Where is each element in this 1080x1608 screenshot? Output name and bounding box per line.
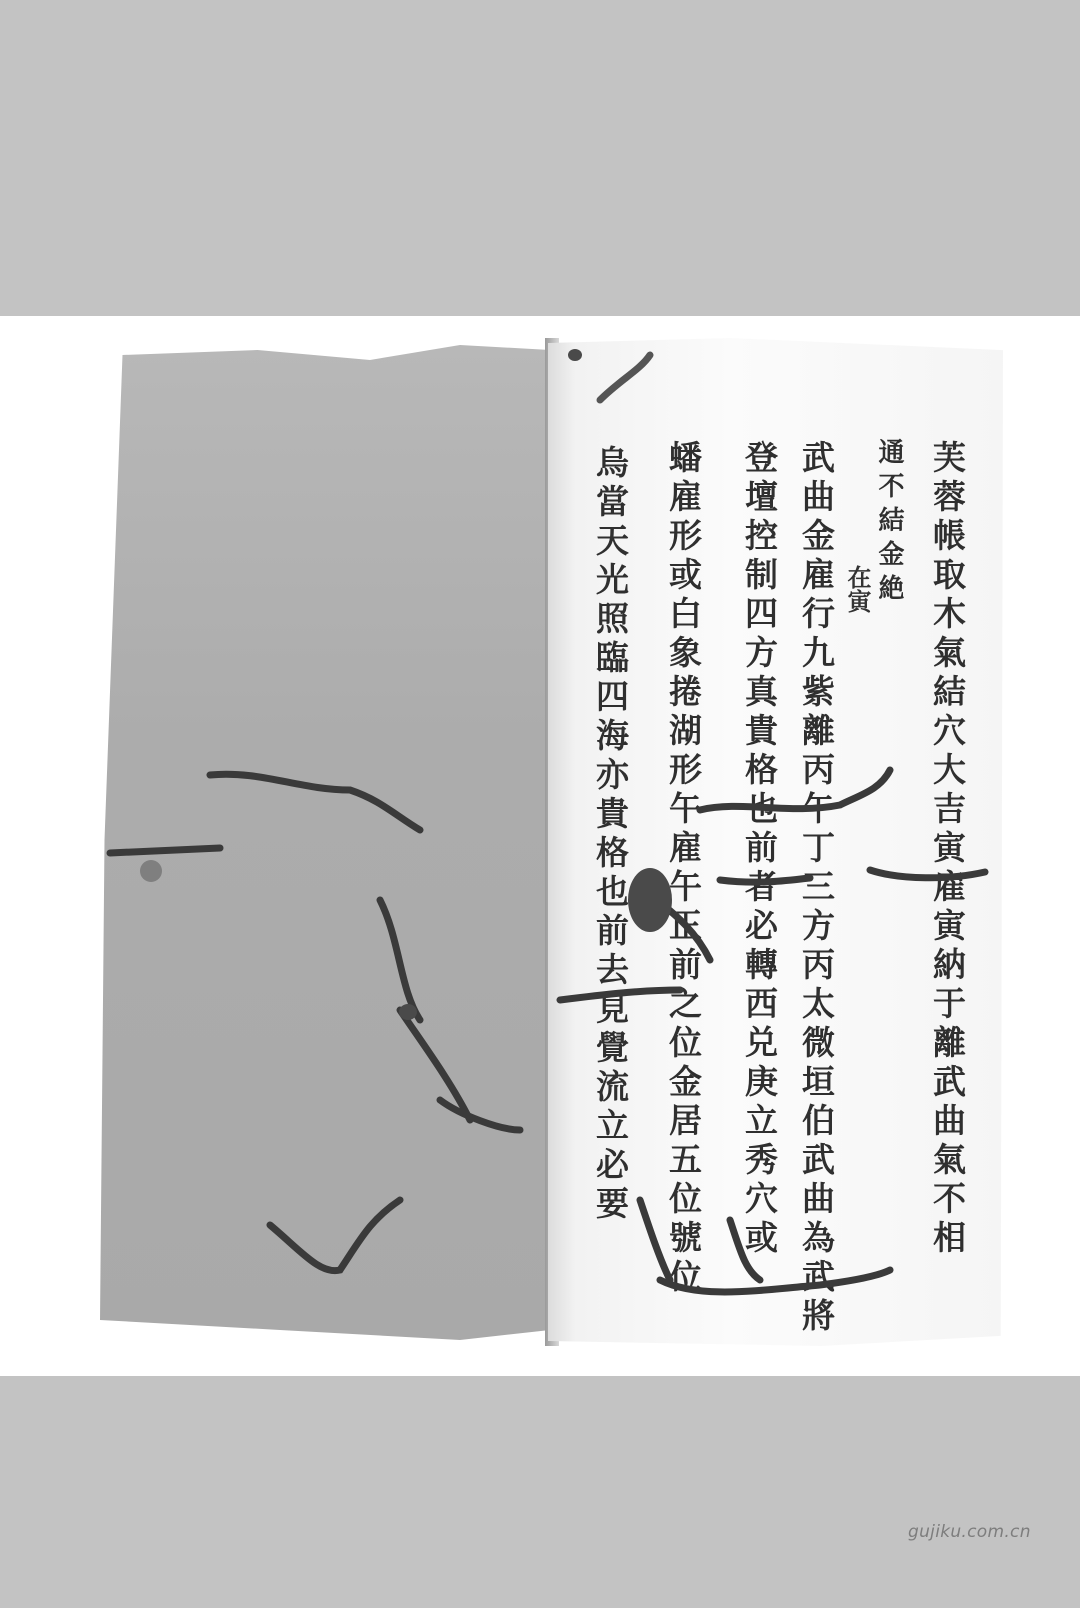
text-column-6: 烏當天光照臨四海亦貴格也前去見覺流立必要 — [590, 445, 630, 1225]
text-column-5: 蟠雇形或白象捲湖形午雇午正前之位金居五位號位 — [663, 440, 703, 1298]
text-column-2: 通不結金絶 — [869, 438, 909, 608]
bottom-gray-band — [0, 1376, 1080, 1608]
text-column-3: 武曲金雇行九紫離丙午丁三方丙太微垣伯武曲為武將 — [796, 440, 836, 1337]
site-watermark: gujiku.com.cn — [908, 1522, 1031, 1542]
annotation-zai-yin: 在寅 — [840, 565, 875, 613]
cover-stain — [140, 860, 162, 882]
text-column-4: 登壇控制四方真貴格也前者必轉西兑庚立秀穴或 — [739, 440, 779, 1259]
book-cover-left — [100, 340, 550, 1340]
text-column-1: 芙蓉帳取木氣結穴大吉寅雇寅納于離武曲氣不相 — [927, 440, 967, 1259]
top-gray-band — [0, 0, 1080, 316]
